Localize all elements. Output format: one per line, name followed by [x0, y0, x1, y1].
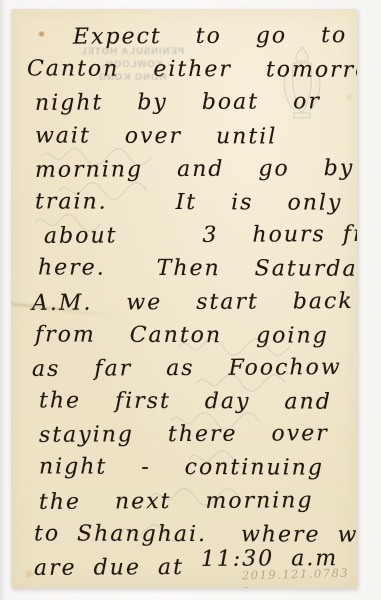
- handwriting-line: Canton either tomorrow: [11, 52, 357, 87]
- handwriting-line: the first day and: [11, 384, 357, 419]
- handwriting-line: as far as Foochow: [11, 351, 357, 386]
- handwriting-line: A.M. we start back: [11, 284, 357, 319]
- handwriting-line: wait over until: [11, 119, 357, 154]
- closing-text: are due at: [34, 555, 201, 581]
- handwriting-line: train. It is only: [11, 185, 357, 220]
- handwriting-line: night - continuing: [11, 451, 357, 486]
- handwriting-line: here. Then Saturday: [11, 252, 357, 287]
- catalog-number: 2019.121.0783 c.: [242, 565, 357, 588]
- handwriting-line: Expect to go to: [11, 19, 357, 54]
- handwriting-line: morning and go by: [11, 152, 357, 187]
- handwriting-line: staying there over: [11, 417, 357, 452]
- photo-background: PENINSULA HOTEL KOWLOON, HONG KONG: [0, 0, 381, 600]
- handwriting-body: Expect to go to Canton either tomorrow n…: [11, 9, 357, 584]
- letter-page: PENINSULA HOTEL KOWLOON, HONG KONG: [11, 9, 357, 588]
- handwriting-line: about 3 hours from: [11, 218, 357, 253]
- handwriting-line: night by boat or: [11, 85, 357, 120]
- handwriting-line: the next morning: [11, 484, 357, 519]
- handwriting-line: from Canton going: [11, 318, 357, 353]
